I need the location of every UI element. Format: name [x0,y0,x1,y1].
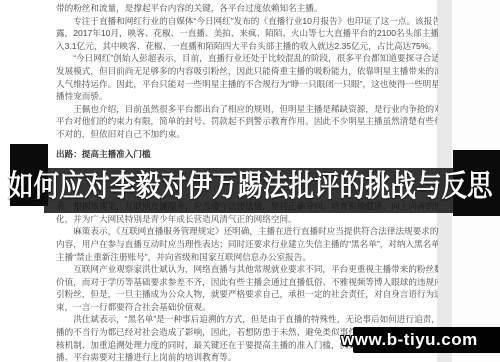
article-line: 播恃宠而骄。 [56,90,438,103]
watermark-url: www.b-tiyu.com [341,330,478,350]
article-line: 洪仕斌表示，“黑名单”是一种事后追溯的方式，但是由于直播的特殊性，无论事后如何进… [56,313,438,326]
article-line: “今日网红”创始人彭超表示，目前，直播行业还处于比较混乱的阶段，很多平台都知道要… [56,52,438,65]
article-line: 王佩也介绍，目前虽然很多平台都出台了相应的规则，但明星主播是稀缺资源，是行业内争… [56,103,438,116]
article-line: 入3.1亿元，其中映客、花椒、一直播和陌陌四大平台头部主播的收入就达2.35亿元… [56,40,438,53]
article-line: 平台对他们的约束力有限，简单的封号、罚款起不到警示教育作用。因此不少明星主播虽然… [56,115,438,128]
headline-title: 如何应对李毅对伊万踢法批评的挑战与反思 [8,171,493,202]
article-line: 主播“禁止重新注册账号”，并向省级和国家互联网信息办公室报告。 [56,251,438,264]
article-line: 人气维持运作。因此，平台只能对一些明星主播的不合规行为“睁一只眼闭一只眼”，这也… [56,78,438,91]
section-heading: 出路：提高主播准入门槛 [56,148,438,161]
article-line: 价值，而对于学历等基础要求参差不齐，因此有些主播会通过直播低俗、不雅视频等博人眼… [56,276,438,289]
article-line: 发展模式，但目前尚无足够多的内容吸引粉丝，因此只能倚重主播的吸粉能力，依靠明星主… [56,65,438,78]
article-line: 化，并为广大网民特别是青少年成长营造风清气正的网络空间。 [56,213,438,226]
article-line: 专注于直播和网红行业的自媒体“今日网红”发布的《直播行业10月报告》也印证了这一… [56,15,438,28]
article-line: 麻策表示，《互联网直播服务管理规定》还明确，主播在进行直播时应当提供符合法律法规… [56,225,438,238]
article-line: 互联网产业观察家洪仕斌认为，网络直播与其他常规就业要求不同，平台更重视主播带来的… [56,263,438,276]
article-line: 不对的，但依旧对自己不加约束。 [56,128,438,141]
article-line: 带的粉丝和流量，是撑起平台内容的关键，各平台过度依赖知名主播。 [56,2,438,15]
article-line: 内容，用户在参与直播互动时应当理性表达；同时还要求行业建立失信主播的“黑名单”，… [56,238,438,251]
page-root: { "page": { "background_color": "#ffffff… [0,0,500,362]
article-line: 引粉丝，但是，一旦主播成为公众人物，就要严格要求自己，承担一定的社会责任，对自身… [56,288,438,301]
article-line: 束，一言一行都要符合社会基础价值观。 [56,301,438,314]
article-line: 露，2017年10月，映客、花椒、一直播、美拍、来疯、陌陌、火山等七大直播平台的… [56,27,438,40]
